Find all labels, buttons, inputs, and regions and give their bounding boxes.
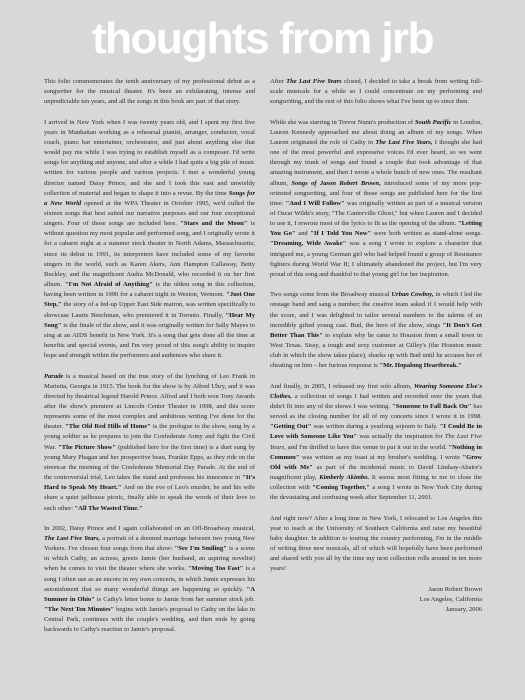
text-run: was written as my toast at my brother's … (299, 454, 462, 461)
paragraph: While she was starring in Trevor Nunn's … (270, 118, 482, 281)
paragraph: Parade is a musical based on the true st… (44, 372, 255, 514)
paragraph: And right now? After a long time in New … (270, 514, 482, 575)
text-run: This folio commemorates the tenth annive… (44, 78, 255, 105)
text-run: is Cathy's letter home to Jamie from her… (95, 596, 255, 603)
song-title: "Dreaming, Wide Awake" (270, 240, 346, 247)
show-title: Songs of Jason Robert Brown, (291, 180, 380, 187)
text-run: were both written as stand-alone songs. (371, 230, 482, 237)
text-run: and (296, 230, 311, 237)
signature-date: January, 2006 (270, 605, 482, 615)
text-run: the story of a fed-up Upper East Side ma… (44, 301, 255, 318)
page-title: thoughts from jrb (0, 14, 525, 64)
paragraph: Two songs come from the Broadway musical… (270, 290, 482, 371)
left-column: This folio commemorates the tenth annive… (44, 77, 255, 646)
paragraph: In 2002, Daisy Prince and I again collab… (44, 524, 255, 636)
paragraph: This folio commemorates the tenth annive… (44, 77, 255, 107)
song-title: "See I'm Smiling" (175, 545, 227, 552)
show-title: South Pacific (415, 119, 452, 126)
text-run: and I'm thrilled to have this venue to p… (286, 444, 449, 451)
song-title: "The Next Ten Minutes" (44, 606, 114, 613)
song-title: "Moving Too Fast" (188, 565, 243, 572)
right-column: After The Last Five Years closed, I deci… (270, 77, 482, 616)
text-run: Two songs come from the Broadway musical (270, 291, 391, 298)
song-title: "Coming Together," (312, 484, 370, 491)
show-title: Kimberly Akimbo. (319, 474, 369, 481)
text-run: While she was starring in Trevor Nunn's … (270, 119, 415, 126)
song-title: "The Picture Show" (58, 444, 116, 451)
song-title: "I'm Not Afraid of Anything" (65, 281, 153, 288)
text-run: was actually the inspiration for (357, 433, 445, 440)
text-run: In 2002, Daisy Prince and I again collab… (44, 525, 255, 532)
text-run: was written during a yearlong sojourn to… (311, 423, 439, 430)
text-run: And right now? After a long time in New … (270, 515, 482, 573)
song-title: "And I Will Follow" (286, 200, 345, 207)
song-title: "If I Told You Now" (310, 230, 371, 237)
text-run: I arrived in New York when I was twenty … (44, 119, 255, 197)
song-title: "All The Wasted Time." (75, 505, 143, 512)
paragraph: I arrived in New York when I was twenty … (44, 118, 255, 362)
show-title: Urban Cowboy, (391, 291, 433, 298)
song-title: "Getting Out" (270, 423, 311, 430)
show-title: The Last Five Years, (44, 535, 100, 542)
text-run: After (270, 78, 286, 85)
paragraph: And finally, in 2005, I released my firs… (270, 382, 482, 504)
song-title: "The Old Red Hills of Home" (65, 423, 151, 430)
song-title: "Stars and the Moon" (180, 220, 247, 227)
signature-location: Los Angeles, California (270, 595, 482, 605)
text-run: is the finale of the show, and it was or… (44, 322, 255, 359)
text-run: is without question my most popular and … (44, 220, 255, 288)
show-title: Parade (44, 373, 63, 380)
paragraph: After The Last Five Years closed, I deci… (270, 77, 482, 107)
text-run: is a musical based on the true story of … (44, 373, 255, 431)
show-title: The Last Five Years (286, 78, 342, 85)
signature-block: Jason Robert Brown Los Angeles, Californ… (270, 585, 482, 616)
text-run: And finally, in 2005, I released my firs… (270, 383, 414, 390)
signature-name: Jason Robert Brown (270, 585, 482, 595)
show-title: The Last Five Years, (375, 139, 432, 146)
song-title: "Mr. Hopalong Heartbreak." (379, 362, 461, 369)
song-title: "Someone to Fall Back On" (392, 403, 471, 410)
